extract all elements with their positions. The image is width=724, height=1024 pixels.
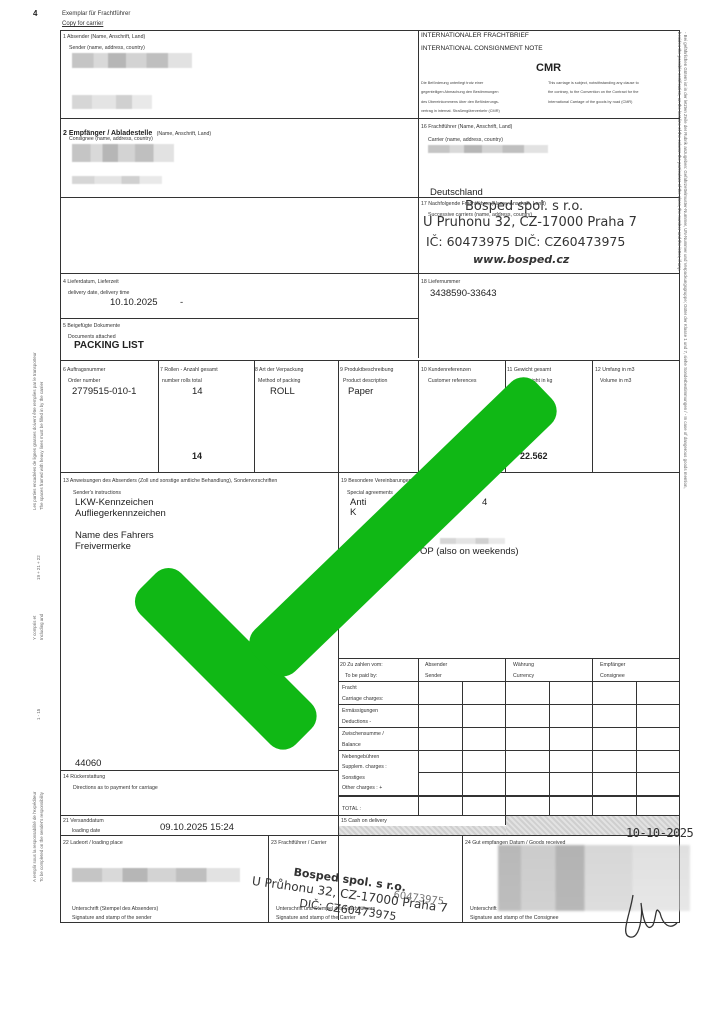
delivery-time: - [180,297,183,308]
field-4-label: 4 Lieferdatum, Lieferzeit [63,279,119,285]
carrier-stamp-ids: IČ: 60473975 DIČ: CZ60473975 [426,234,625,249]
field-5-label: 5 Beigefügte Dokumente [63,323,120,329]
side-note-left-2: The spaces framed with heavy lines must … [39,382,44,510]
payment-row-other-en: Other charges : + [342,785,382,791]
payment-col-sender: Absender [425,662,447,668]
side-note-left-4: Y compris et [32,616,37,640]
field-22-label: 22 Ladeort / loading place [63,840,123,846]
loading-place-redacted [72,868,240,882]
field-10-label-en: Customer references [428,378,476,384]
payment-row-total: TOTAL : [342,806,361,812]
loading-date: 09.10.2025 15:24 [160,822,234,833]
side-note-left-6: 1 - 15 [36,709,41,720]
field-6-label: 6 Auftragsnummer [63,367,105,373]
field-11-label: 11 Gewicht gesamt [507,367,551,373]
field-22-sig-de: Unterschrift (Stempel des Absenders) [72,906,158,912]
sender-redacted-2 [72,95,152,109]
field-9-label: 9 Produktbeschreibung [340,367,393,373]
field-1-label-en: Sender (name, address, country) [69,45,145,51]
payment-row-other: Sonstiges [342,775,365,781]
field-14-label: 14 Rückerstattung [63,774,105,780]
payment-row-balance-en: Balance [342,742,361,748]
order-number: 2779515-010-1 [72,386,136,397]
payment-col-currency: Währung [513,662,534,668]
special-agreements-redacted [440,538,505,544]
payment-title-en: To be paid by: [345,673,377,679]
payment-col-sender-en: Sender [425,673,442,679]
cmr-title: CMR [536,62,561,74]
side-note-left-8: To be completed on the sender's responsi… [39,792,44,882]
field-10-label: 10 Kundenreferenzen [421,367,471,373]
signature-scribble [615,885,685,945]
packing-method: ROLL [270,386,295,397]
carrier-stamp-name: Bosped spol. s r.o. [465,199,583,214]
page-marker: 4 [33,9,37,18]
payment-row-deductions: Ermässigungen [342,708,378,714]
field-15-label: 15 Cash on delivery [341,818,387,824]
special-agreements-3: OP (also on weekends) [420,546,519,557]
sender-instructions: LKW-Kennzeichen Aufliegerkennzeichen Nam… [75,497,166,552]
side-note-left-5: Including and [39,614,44,640]
field-13-label-en: Sender's instructions [73,490,121,496]
payment-row-supplementary-en: Supplem. charges : [342,764,387,770]
product-description: Paper [348,386,373,397]
field-9-label-en: Product description [343,378,387,384]
field-23-label: 23 Frachtführer / Carrier [271,840,327,846]
field-21-label-en: loading date [72,828,100,834]
field-24-sig-en: Signature and stamp of the Consignee [470,915,559,921]
field-19-label: 19 Besondere Vereinbarungen [341,478,411,484]
field-22-sig-en: Signature and stamp of the sender [72,915,152,921]
delivery-date: 10.10.2025 [110,297,158,308]
special-agreements-1-end: 4 [482,497,487,508]
carrier-country: Deutschland [430,187,483,198]
title-en: INTERNATIONAL CONSIGNMENT NOTE [421,45,543,52]
side-note-left-1: Les parties encadrées de lignes grasses … [32,352,37,510]
field-4-label-en: delivery date, delivery time [68,290,129,296]
field-13-bottom-value: 44060 [75,758,101,769]
delivery-number: 3438590-33643 [430,288,497,299]
consignee-redacted [72,144,174,162]
payment-row-balance: Zwischensumme / [342,731,384,737]
field-8-label: 8 Art der Verpackung [255,367,303,373]
field-12-label-en: Volume in m3 [600,378,631,384]
weight-total: 22.562 [520,451,548,461]
special-agreements-2: K [350,507,356,518]
consignee-redacted-2 [72,176,162,184]
received-date-handwritten: 10-10-2025 [626,826,693,840]
field-8-label-en: Method of packing [258,378,300,384]
rolls-total: 14 [192,386,203,397]
field-7-label-en: number rolls total [162,378,202,384]
field-1-label: 1 Absender (Name, Anschrift, Land) [63,34,145,40]
cmr-text-de: Die Beförderung unterliegt trotz einer g… [421,79,500,116]
payment-col-consignee-en: Consignee [600,673,625,679]
payment-row-carriage: Fracht [342,685,357,691]
field-6-label-en: Order number [68,378,100,384]
payment-col-consignee: Empfänger [600,662,625,668]
field-24-sig-de: Unterschrift [470,906,497,912]
payment-row-supplementary: Nebengebühren [342,754,379,760]
payment-row-deductions-en: Deductions - [342,719,371,725]
field-12-label: 12 Umfang in m3 [595,367,635,373]
carrier-stamp-web: www.bosped.cz [473,253,569,266]
cmr-text-en: This carriage is subject, notwithstandin… [548,79,639,107]
side-note-left-3: 19 + 21 + 22 [36,555,41,580]
copy-label-en: Copy for carrier [62,21,103,27]
field-19-label-en: Special agreements [347,490,393,496]
field-18-label: 18 Liefernummer [421,279,460,285]
documents-attached: PACKING LIST [74,340,144,351]
carrier-redacted [428,145,548,153]
side-note-left-7: A remplir sous la responsabilité de l'ex… [32,792,37,882]
title-de: INTERNATIONALER FRACHTBRIEF [421,32,529,39]
field-13-label: 13 Anweisungen des Absenders (Zoll und s… [63,478,277,484]
field-16-label-en: Carrier (name, address, country) [428,137,503,143]
carrier-stamp-address: U Pruhonu 32, CZ-17000 Praha 7 [423,215,637,230]
field-7-label: 7 Rollen - Anzahl gesamt [160,367,218,373]
field-2-label-en: Consignee (name, address, country) [69,136,153,142]
payment-col-currency-en: Currency [513,673,534,679]
payment-row-carriage-en: Carriage charges: [342,696,383,702]
field-21-label: 21 Versanddatum [63,818,104,824]
side-note-right: - Bei gefährlichen Gütern ist in der let… [676,32,688,502]
payment-title: 20 Zu zahlen vom: [340,662,383,668]
sender-redacted [72,53,192,68]
field-11-label-en: weight in kg [525,378,552,384]
field-16-label: 16 Frachtführer (Name, Anschrift, Land) [421,124,512,130]
rolls-sum: 14 [192,451,202,461]
copy-label-de: Exemplar für Frachtführer [62,11,130,17]
field-14-label-en: Directions as to payment for carriage [73,785,158,791]
